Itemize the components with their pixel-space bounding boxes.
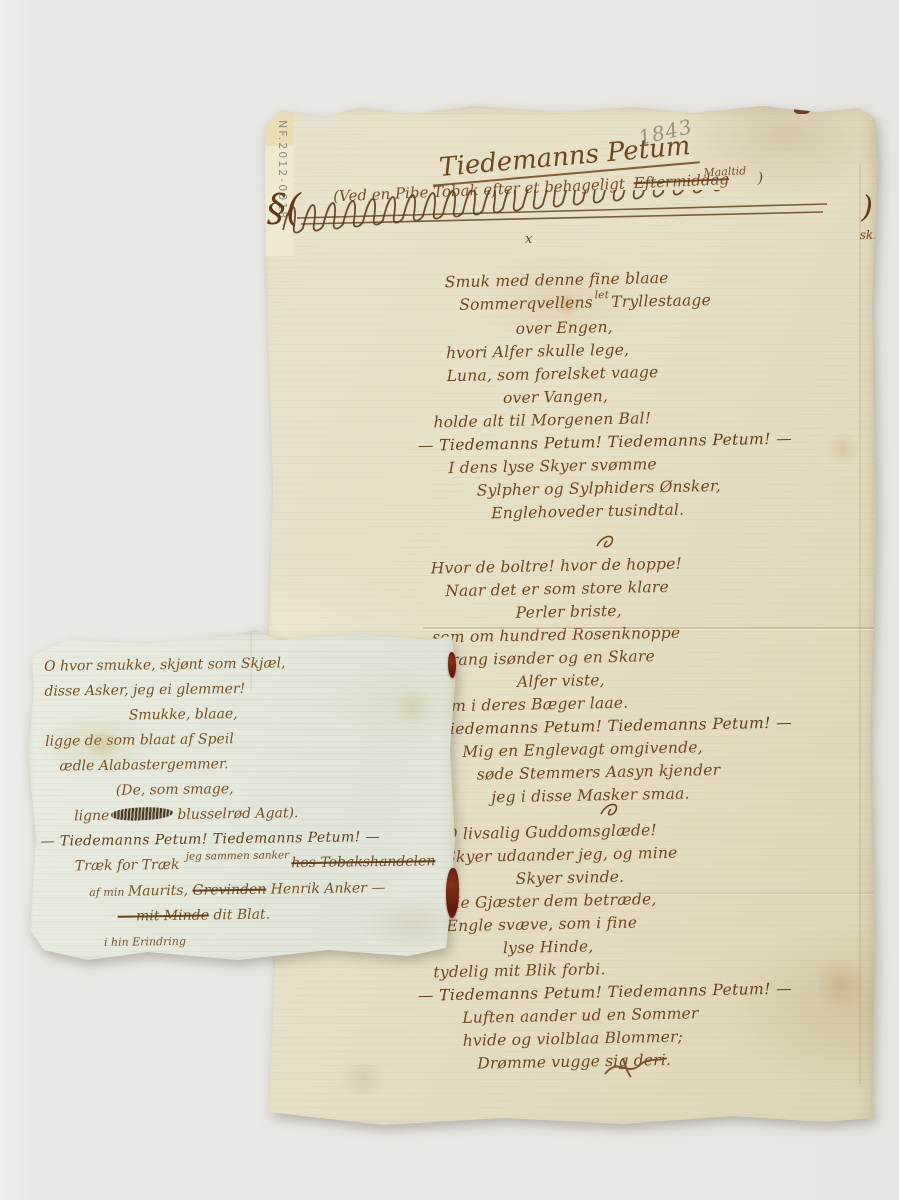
text-run: Alfer viste, [517, 671, 605, 691]
paper-stain [388, 690, 438, 724]
wax-seal-mark [448, 652, 456, 678]
text-run: dit Blat. [209, 907, 270, 924]
manuscript-note-sheet: O hvor smukke, skjønt som Skjæl,disse As… [28, 630, 456, 964]
text-run: Sylpher og Sylphiders Ønsker, [477, 477, 721, 500]
text-run: Henrik Anker — [266, 880, 385, 898]
text-run: Engle svæve, som i fine [446, 914, 637, 936]
poem-line: jeg i disse Masker smaa. [491, 781, 794, 810]
text-run: Mig en Englevagt omgivende, [462, 738, 703, 761]
text-run: — Tiedemanns Petum! Tiedemanns Petum! — [418, 980, 792, 1005]
paper-stain [83, 730, 123, 758]
closing-flourish [601, 1054, 671, 1080]
text-run: ædle Alabastergemmer. [59, 756, 228, 774]
text-run: Grevinden [192, 882, 266, 899]
poem-line: Englehoveder tusindtal. [491, 497, 794, 526]
text-run: Luna, som forelsket vaage [446, 363, 658, 385]
note-line: i hin Erindring [104, 925, 437, 955]
text-run: (De, som smage, [116, 781, 234, 799]
ink-blot-scribble [111, 806, 174, 822]
scrawl-open-mark: §( [267, 186, 301, 230]
text-run: Maurits, [128, 883, 193, 900]
note-line: af min Maurits, Grevinden Henrik Anker — [89, 875, 436, 905]
text-run: af min [89, 886, 128, 900]
text-run: over Vangen, [503, 387, 608, 407]
stanza-3: O livsalig Guddomsglæde!Skyer udaander j… [431, 817, 794, 1077]
text-run: hvori Alfer skulle lege, [446, 341, 629, 363]
scrawl-tail: sk. [860, 228, 877, 242]
text-run: søde Stemmers Aasyn kjender [477, 761, 721, 784]
text-run: Hvor de boltre! hvor de hoppe! [431, 555, 682, 578]
text-run: Træk for Træk [75, 857, 184, 875]
text-run: blusselrød Agat). [177, 805, 298, 823]
manuscript-main-sheet-shadow: NF.2012-0018 1843 Tiedemanns Petum (Ved … [263, 104, 878, 1129]
text-run: sprang isønder og en Skare [432, 647, 655, 669]
scrawl-close-mark: ) [861, 190, 873, 225]
stanza-1: Smuk med denne fine blaaeSommerqvellensl… [431, 265, 794, 527]
text-run: Perler briste, [516, 602, 622, 622]
ink-spot [794, 106, 810, 114]
text-run: let [595, 289, 610, 301]
note-stanza: O hvor smukke, skjønt som Skjæl,disse As… [44, 649, 437, 955]
paper-stain [333, 1064, 393, 1094]
text-run: ligne [74, 808, 109, 824]
subtitle-close: ) [757, 169, 764, 187]
subtitle-inserted-word: Maaltid [703, 164, 746, 179]
manuscript-main-sheet: NF.2012-0018 1843 Tiedemanns Petum (Ved … [263, 104, 878, 1129]
text-run: — Tiedemanns Petum! Tiedemanns Petum! — [418, 430, 792, 455]
section-mark: x [525, 232, 532, 247]
paper-stain [823, 434, 863, 464]
text-run: I dens lyse Skyer svømme [448, 455, 657, 477]
text-run: ligge de som blaat af Speil [45, 731, 234, 750]
text-run: i hin Erindring [104, 935, 186, 949]
text-run: jeg i disse Masker smaa. [491, 785, 690, 807]
paper-stain [818, 954, 864, 1014]
fold-crease [859, 164, 861, 1084]
text-run: disse Asker, jeg ei glemmer! [44, 681, 245, 700]
text-run: over Engen, [516, 318, 613, 338]
stanza-separator-squiggle [597, 800, 627, 820]
text-run: Smuk med denne fine blaae [445, 269, 669, 291]
text-run: Smukke, blaae, [129, 706, 238, 724]
text-run: — mit Minde [117, 907, 209, 924]
text-run: — Tiedemanns Petum! Tiedemanns Petum! — [418, 714, 792, 739]
text-run: Skyer udaander jeg, og mine [445, 844, 678, 866]
text-run: hos Tobakshandelen [291, 853, 435, 871]
fold-crease [563, 892, 878, 894]
fold-crease [423, 627, 878, 629]
text-run: lyse Hinde, [503, 937, 594, 957]
text-run: Englehoveder tusindtal. [491, 501, 684, 523]
text-run: Skyer svinde. [516, 868, 625, 888]
text-run: hvide og violblaa Blommer; [463, 1028, 684, 1050]
text-run: — Tiedemanns Petum! Tiedemanns Petum! — [40, 829, 380, 850]
text-run: Tryllestaage [611, 291, 711, 311]
stanza-2: Hvor de boltre! hvor de hoppe!Naar det e… [431, 551, 794, 811]
crossed-out-line: §( ) sk. [267, 190, 873, 242]
fold-crease [250, 630, 252, 690]
text-run: som i deres Bæger laae. [433, 694, 628, 716]
paper-stain [553, 294, 581, 316]
text-run: Naar det er som store klare [445, 578, 669, 600]
stanza-separator-squiggle [593, 532, 623, 552]
text-run: Luften aander ud en Sommer [462, 1004, 699, 1027]
text-run: jeg sammen sanker [186, 849, 290, 862]
ink-scrawl-loops [267, 190, 873, 242]
text-run: holde alt til Morgenen Bal! [433, 409, 651, 431]
manuscript-note-sheet-shadow: O hvor smukke, skjønt som Skjæl,disse As… [28, 630, 456, 964]
text-run: tydelig mit Blik forbi. [433, 960, 605, 981]
text-run: O livsalig Guddomsglæde! [445, 821, 657, 843]
photo-backdrop: NF.2012-0018 1843 Tiedemanns Petum (Ved … [0, 0, 899, 1200]
